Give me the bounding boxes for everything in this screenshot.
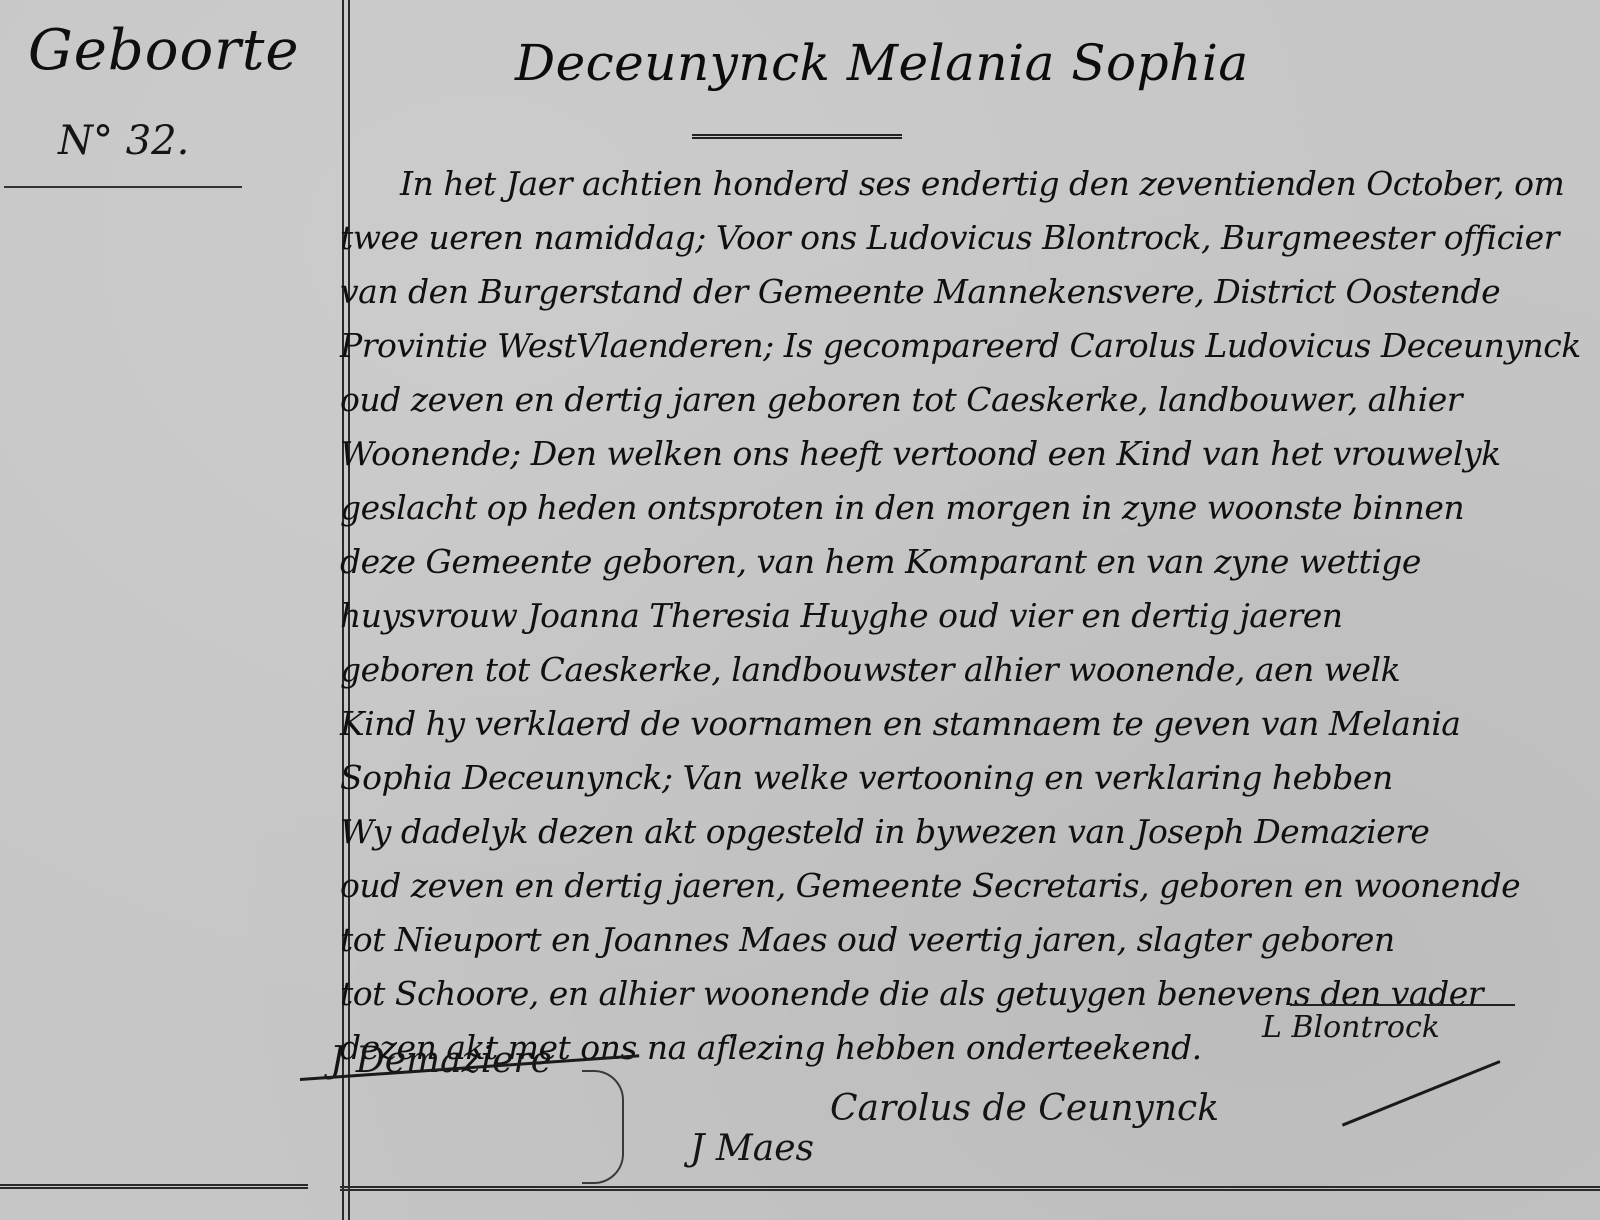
heading-underline (692, 134, 902, 139)
body-line: Woonende; Den welken ons heeft vertoond … (340, 434, 1501, 473)
body-line: van den Burgerstand der Gemeente Manneke… (340, 272, 1500, 311)
signature-maes: J Maes (690, 1128, 814, 1169)
signature-father: Carolus de Ceunynck (830, 1088, 1219, 1129)
margin-underline (4, 186, 242, 188)
margin-title: Geboorte (28, 18, 300, 83)
body-line: oud zeven en dertig jaren geboren tot Ca… (340, 380, 1462, 419)
record-heading-name: Deceunynck Melania Sophia (515, 34, 1249, 92)
closing-dash (1290, 1004, 1515, 1006)
bottom-rule-body (340, 1186, 1600, 1191)
body-line: huysvrouw Joanna Theresia Huyghe oud vie… (340, 596, 1342, 635)
body-line: twee ueren namiddag; Voor ons Ludovicus … (340, 218, 1559, 257)
body-line: deze Gemeente geboren, van hem Komparant… (340, 542, 1421, 581)
signature-flourish (582, 1070, 624, 1184)
body-line: Kind hy verklaerd de voornamen en stamna… (340, 704, 1460, 743)
signature-officer: L Blontrock (1262, 1010, 1440, 1045)
body-line: geslacht op heden ontsproten in den morg… (340, 488, 1464, 527)
document-page: Geboorte N° 32. Deceunynck Melania Sophi… (0, 0, 1600, 1220)
body-line: Sophia Deceunynck; Van welke vertooning … (340, 758, 1393, 797)
body-line: tot Nieuport en Joannes Maes oud veertig… (340, 920, 1395, 959)
body-line: In het Jaer achtien honderd ses endertig… (400, 164, 1564, 203)
body-line: tot Schoore, en alhier woonende die als … (340, 974, 1483, 1013)
signature-flourish (1342, 1060, 1501, 1126)
record-number: N° 32. (58, 118, 189, 164)
body-line: Wy dadelyk dezen akt opgesteld in byweze… (340, 812, 1429, 851)
body-line: Provintie WestVlaenderen; Is gecompareer… (340, 326, 1581, 365)
body-line: oud zeven en dertig jaeren, Gemeente Sec… (340, 866, 1520, 905)
body-line: geboren tot Caeskerke, landbouwster alhi… (340, 650, 1400, 689)
bottom-rule-margin (0, 1184, 308, 1189)
